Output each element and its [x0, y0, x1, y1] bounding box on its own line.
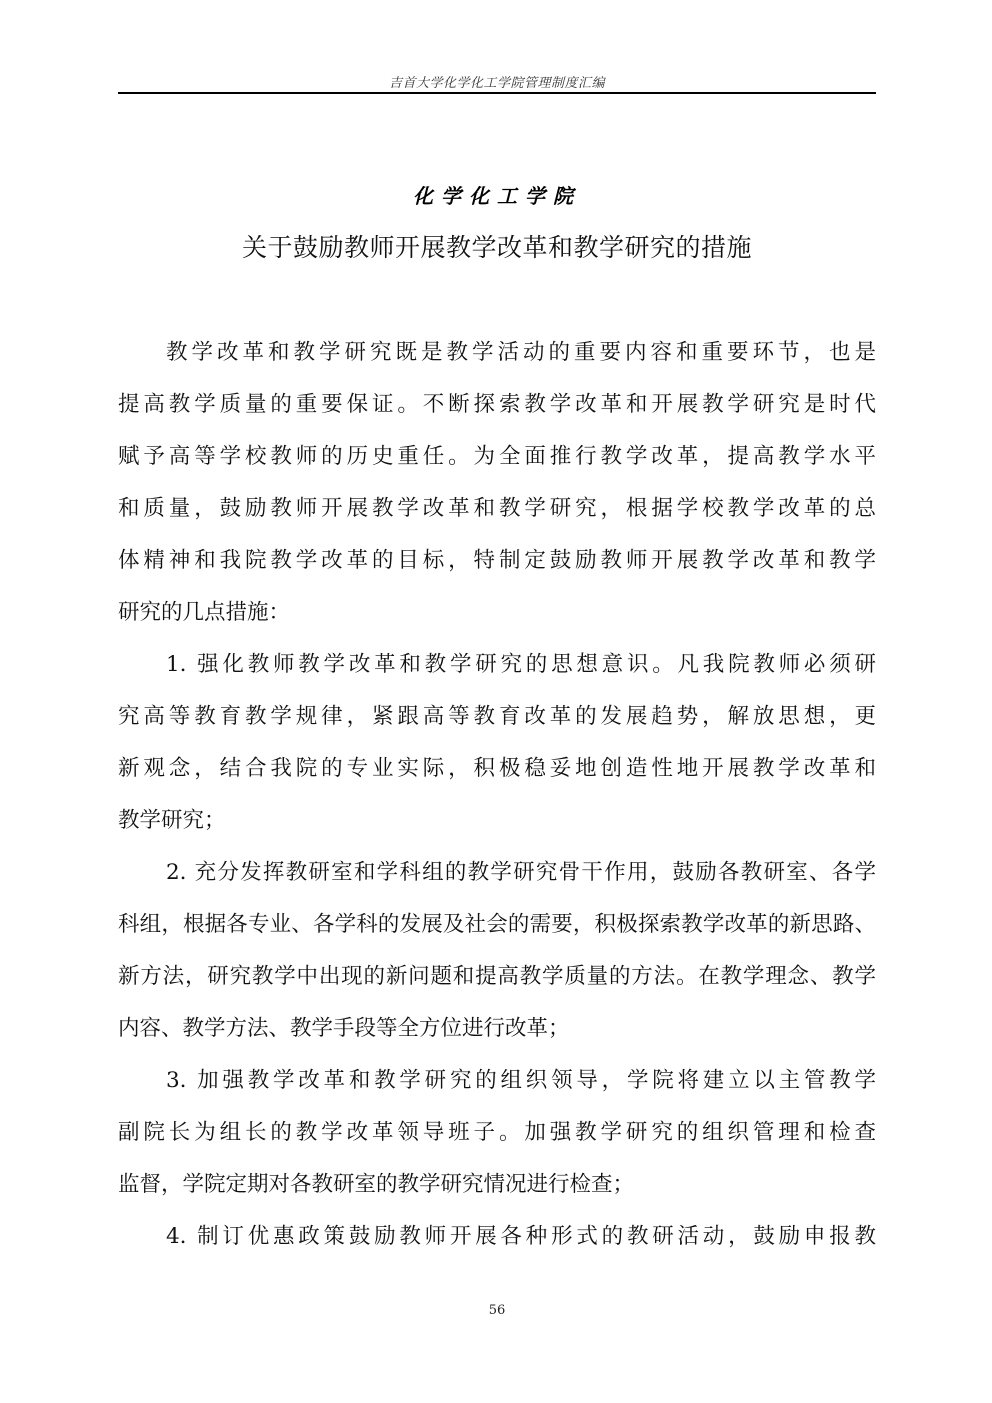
intro-line: 教学改革和教学研究既是教学活动的重要内容和重要环节，也是 — [166, 338, 876, 368]
header-rule — [118, 92, 876, 94]
item-1-line: 1. 强化教师教学改革和教学研究的思想意识。凡我院教师必须研 — [166, 650, 876, 680]
item-4-line: 4. 制订优惠政策鼓励教师开展各种形式的教研活动，鼓励申报教 — [166, 1222, 876, 1252]
item-1-line: 究高等教育教学规律，紧跟高等教育改革的发展趋势，解放思想，更 — [118, 702, 876, 732]
item-1-line: 新观念，结合我院的专业实际，积极稳妥地创造性地开展教学改革和 — [118, 754, 876, 784]
intro-line: 提高教学质量的重要保证。不断探索教学改革和开展教学研究是时代 — [118, 390, 876, 420]
item-3-line: 监督，学院定期对各教研室的教学研究情况进行检查； — [118, 1170, 876, 1200]
item-2-line: 2. 充分发挥教研室和学科组的教学研究骨干作用，鼓励各教研室、各学 — [166, 858, 876, 888]
running-header: 吉首大学化学化工学院管理制度汇编 — [118, 72, 876, 91]
page-number: 56 — [118, 1303, 876, 1318]
item-2-line: 科组，根据各专业、各学科的发展及社会的需要，积极探索教学改革的新思路、 — [118, 910, 876, 940]
intro-line: 体精神和我院教学改革的目标，特制定鼓励教师开展教学改革和教学 — [118, 546, 876, 576]
intro-line: 赋予高等学校教师的历史重任。为全面推行教学改革，提高教学水平 — [118, 442, 876, 472]
org-title: 化学化工学院 — [118, 180, 876, 209]
item-3-line: 3. 加强教学改革和教学研究的组织领导，学院将建立以主管教学 — [166, 1066, 876, 1096]
item-2-line: 新方法，研究教学中出现的新问题和提高教学质量的方法。在教学理念、教学 — [118, 962, 876, 992]
intro-line: 和质量，鼓励教师开展教学改革和教学研究，根据学校教学改革的总 — [118, 494, 876, 524]
item-3-line: 副院长为组长的教学改革领导班子。加强教学研究的组织管理和检查 — [118, 1118, 876, 1148]
intro-line: 研究的几点措施： — [118, 598, 876, 628]
item-1-line: 教学研究； — [118, 806, 876, 836]
page-title: 关于鼓励教师开展教学改革和教学研究的措施 — [118, 228, 876, 264]
item-2-line: 内容、教学方法、教学手段等全方位进行改革； — [118, 1014, 876, 1044]
